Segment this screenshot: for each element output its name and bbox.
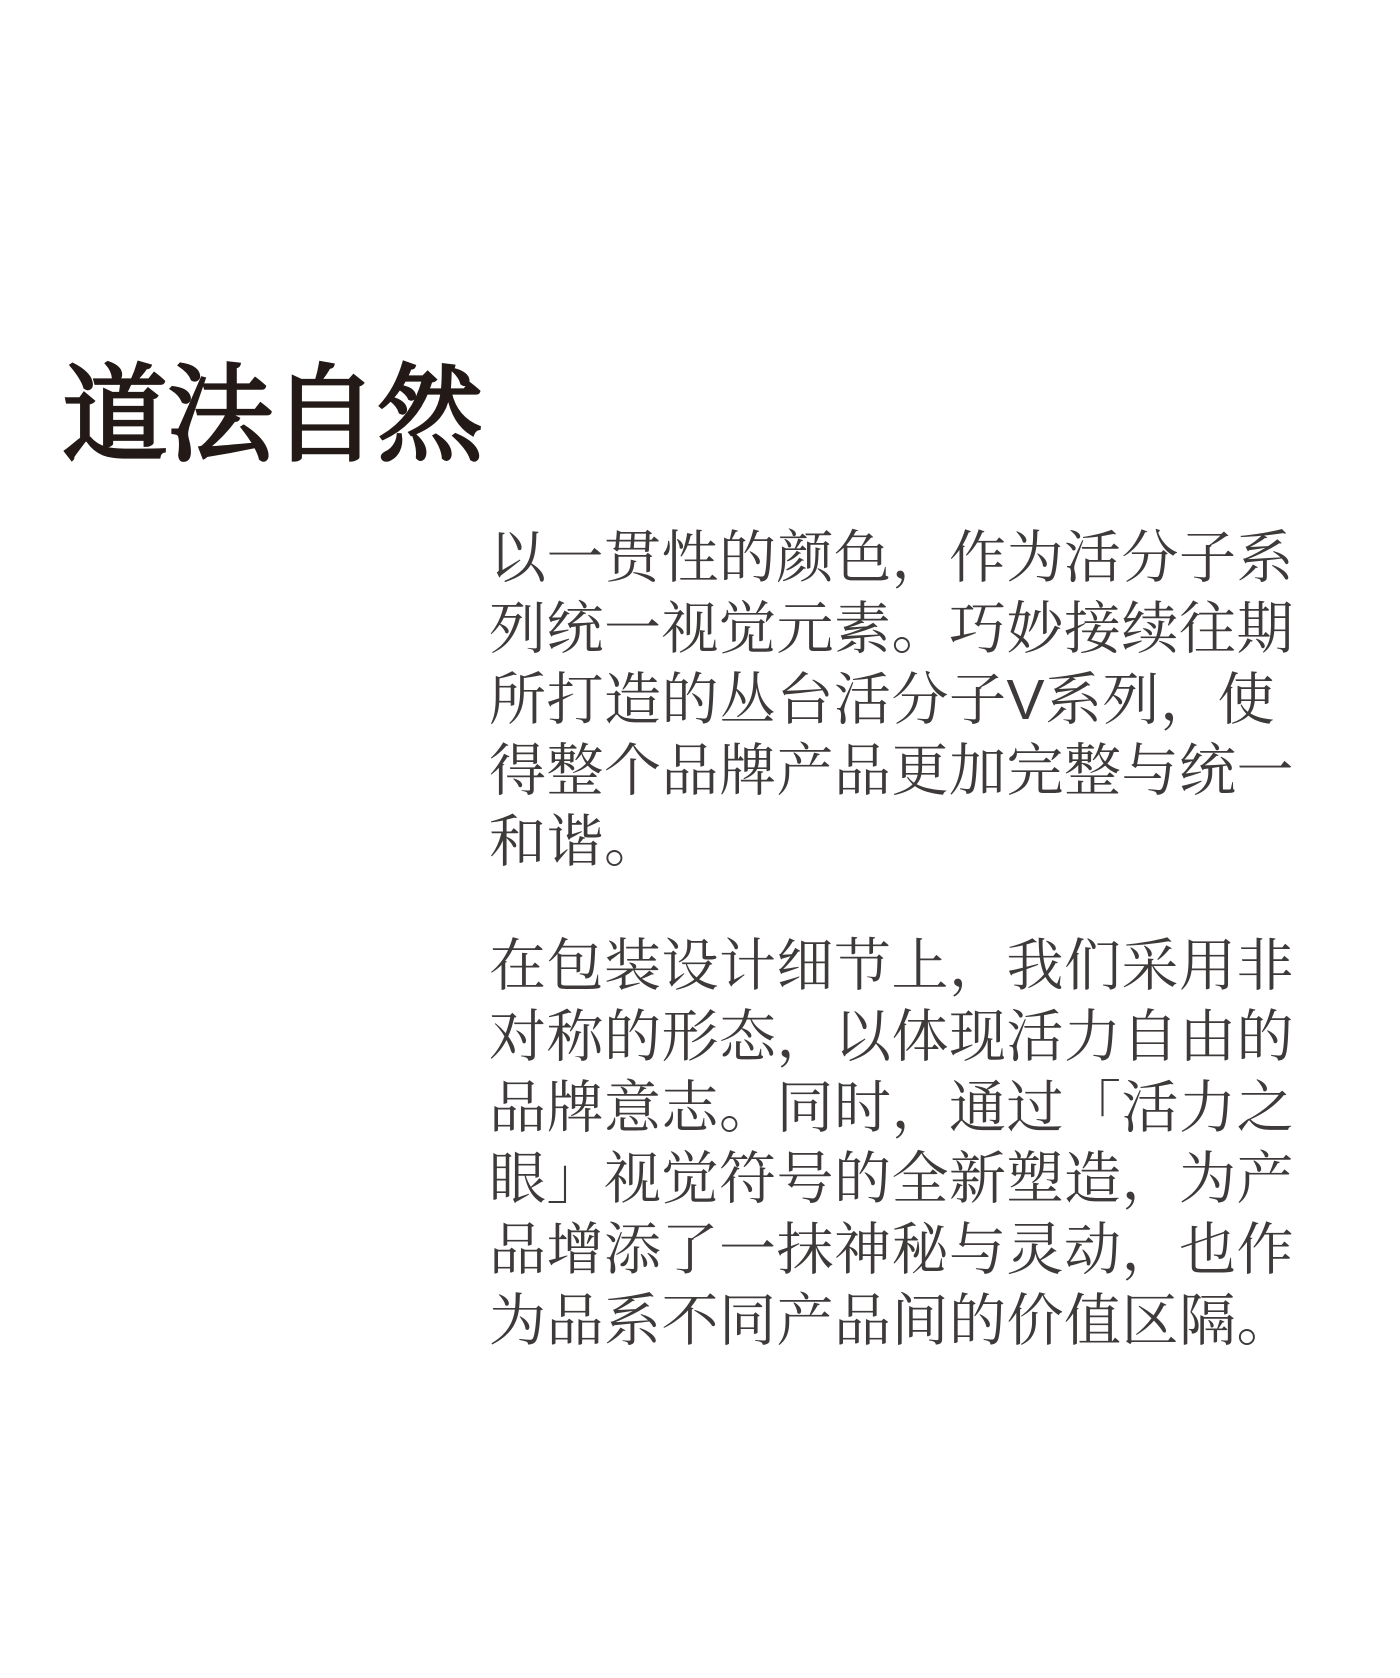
paragraph-2-line: 品牌意志。同时，通过「活力之 (489, 1073, 1319, 1144)
page-title: 道法自然 (62, 349, 482, 484)
paragraph-2-line: 为品系不同产品间的价值区隔。 (489, 1286, 1319, 1357)
paragraph-1-line: 所打造的丛台活分子V系列，使 (489, 665, 1319, 736)
paragraph-1: 以一贯性的颜色，作为活分子系 列统一视觉元素。巧妙接续往期 所打造的丛台活分子V… (489, 523, 1319, 878)
brand-book-page: 道法自然 以一贯性的颜色，作为活分子系 列统一视觉元素。巧妙接续往期 所打造的丛… (0, 0, 1400, 1678)
paragraph-2-line: 品增添了一抹神秘与灵动，也作 (489, 1215, 1319, 1286)
paragraph-2-line: 对称的形态，以体现活力自由的 (489, 1002, 1319, 1073)
body-text-block: 以一贯性的颜色，作为活分子系 列统一视觉元素。巧妙接续往期 所打造的丛台活分子V… (489, 523, 1319, 1357)
paragraph-1-line: 和谐。 (489, 807, 1319, 878)
paragraph-1-line: 列统一视觉元素。巧妙接续往期 (489, 594, 1319, 665)
paragraph-2-line: 在包装设计细节上，我们采用非 (489, 931, 1319, 1002)
paragraph-2: 在包装设计细节上，我们采用非 对称的形态，以体现活力自由的 品牌意志。同时，通过… (489, 931, 1319, 1357)
paragraph-1-line: 以一贯性的颜色，作为活分子系 (489, 523, 1319, 594)
paragraph-1-line: 得整个品牌产品更加完整与统一 (489, 736, 1319, 807)
paragraph-2-line: 眼」视觉符号的全新塑造，为产 (489, 1144, 1319, 1215)
